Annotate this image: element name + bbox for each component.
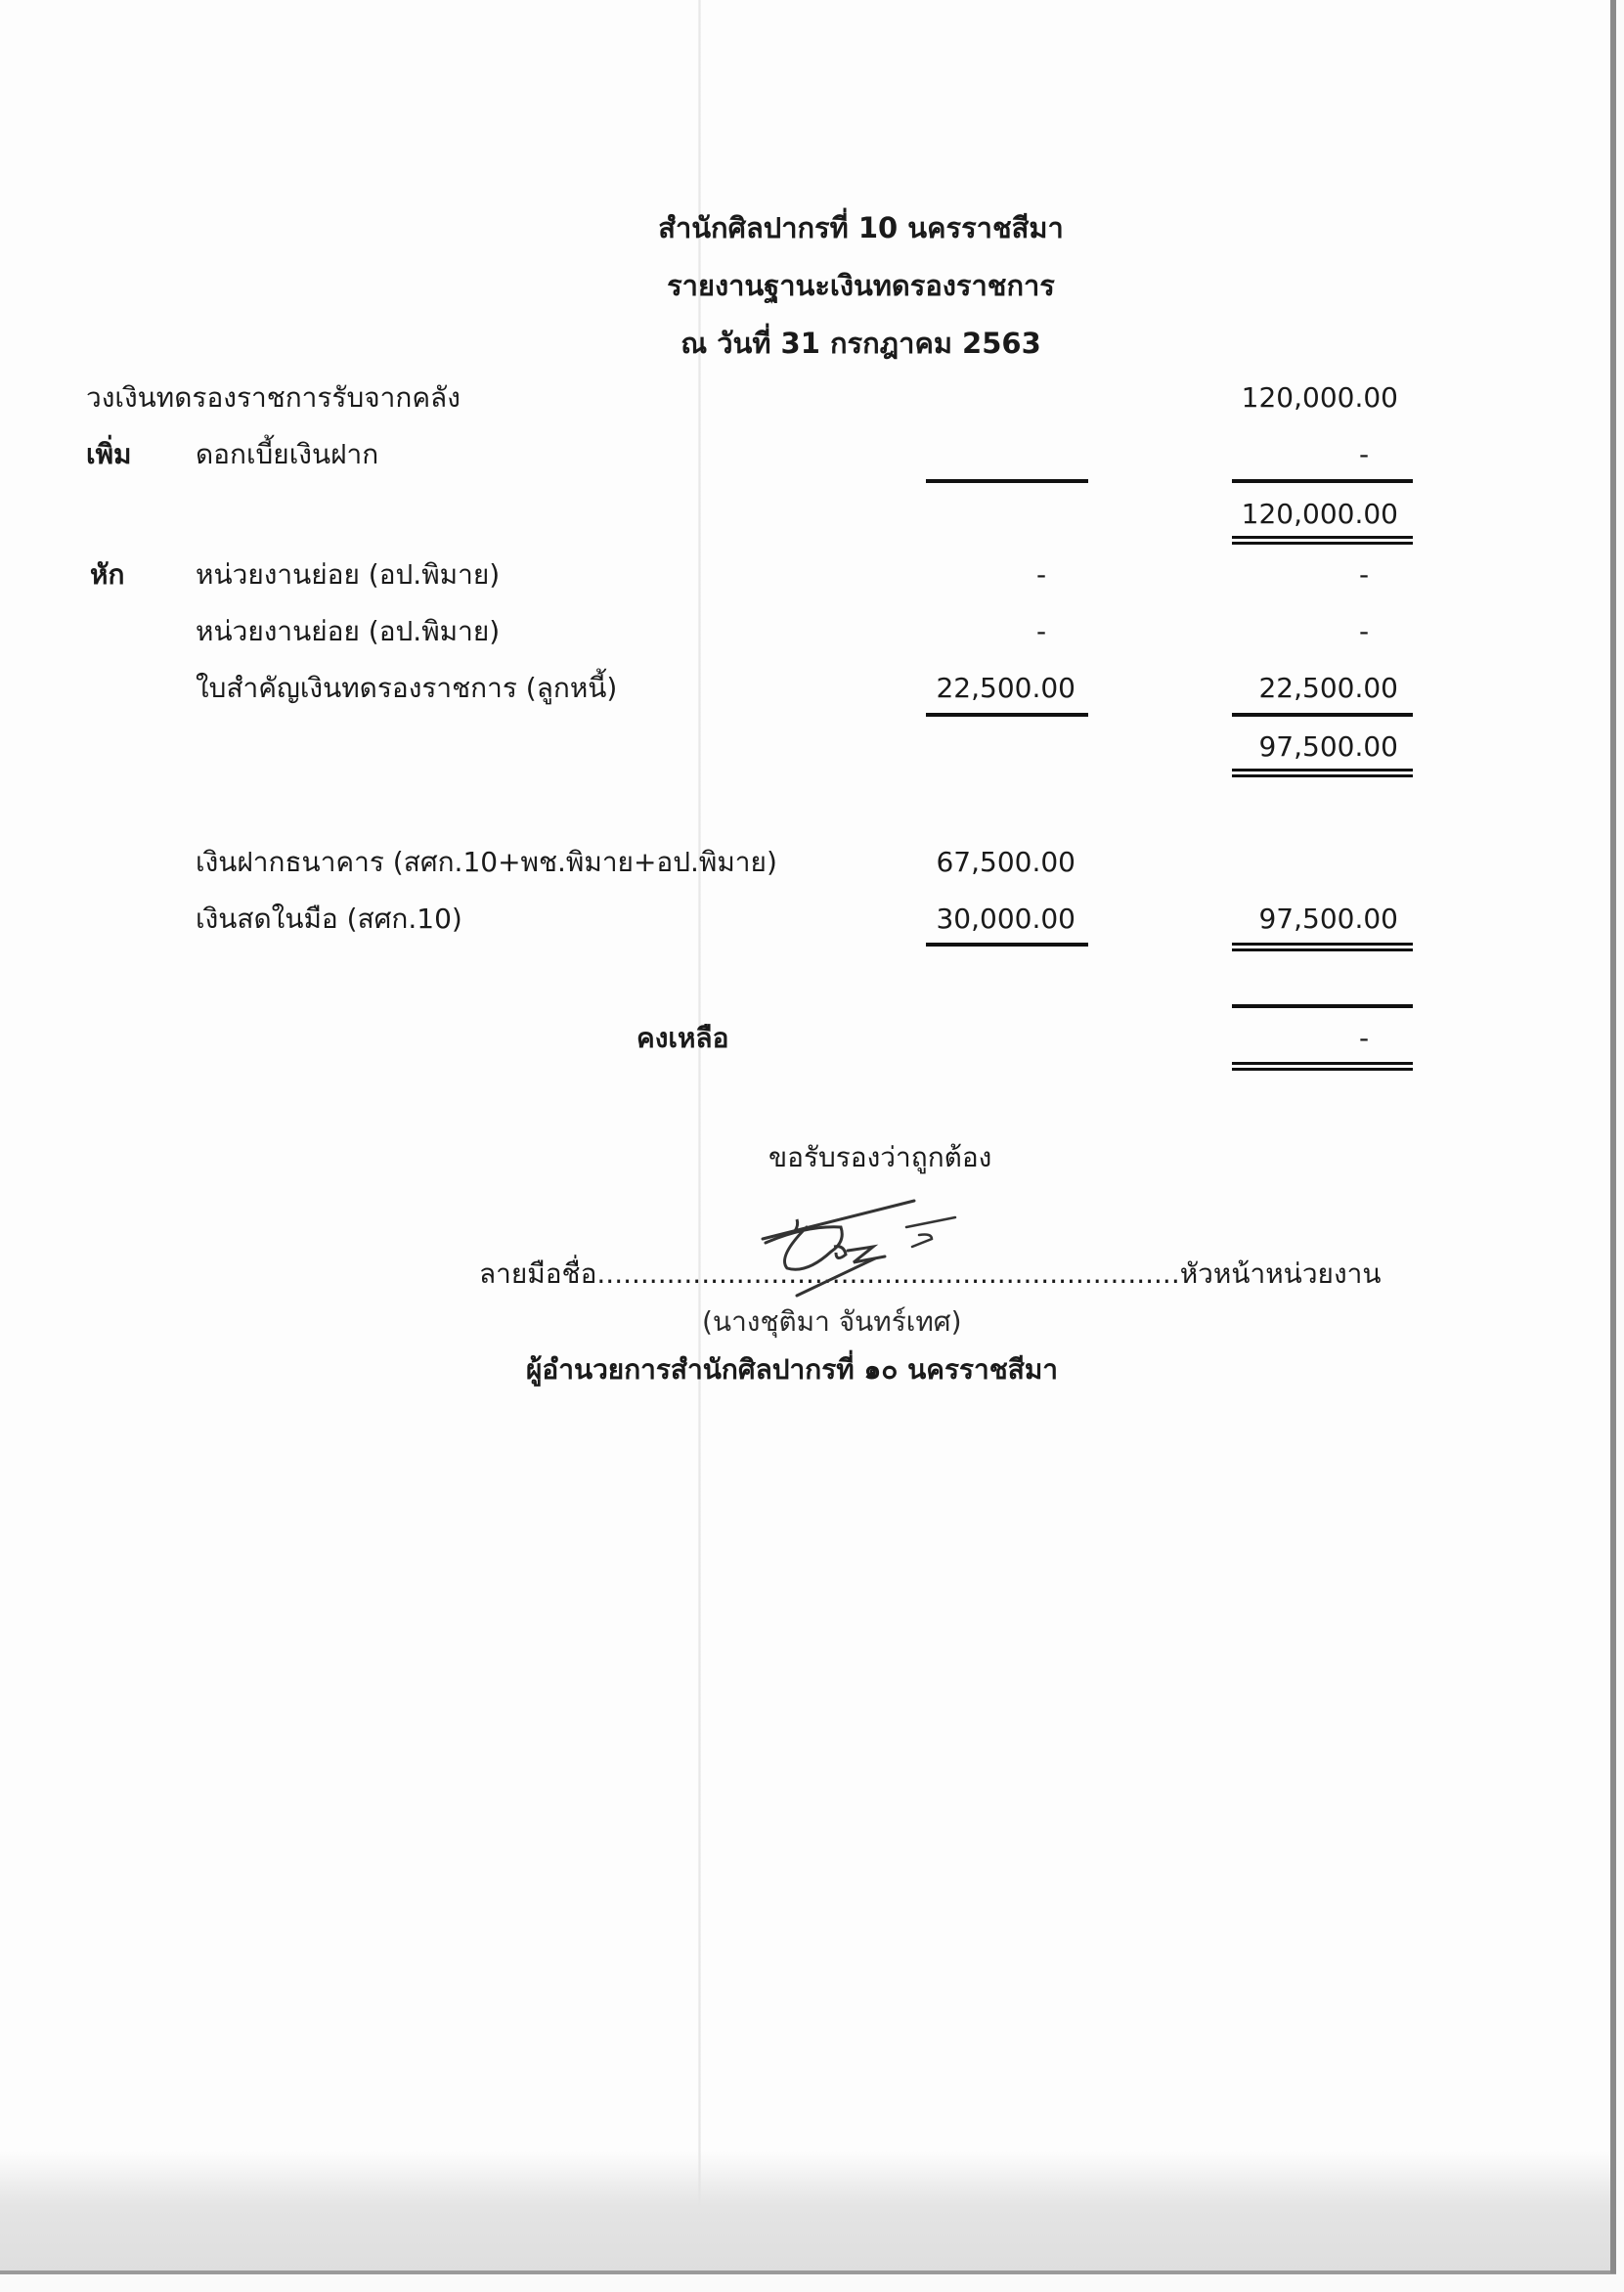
- advance-limit-total: 120,000.00: [1203, 378, 1398, 418]
- underline-single: [926, 479, 1088, 483]
- certification-heading: ขอรับรองว่าถูกต้อง: [768, 1138, 991, 1177]
- deduct-item-amount: -: [1027, 555, 1056, 595]
- deduct-item-total: -: [1349, 555, 1379, 595]
- subtotal-after-deduct: 97,500.00: [1203, 727, 1398, 767]
- signer-name: (นางชุติมา จันทร์เทศ): [702, 1302, 962, 1342]
- underline-double: [1232, 1062, 1413, 1071]
- report-title: รายงานฐานะเงินทดรองราชการ: [0, 266, 1624, 305]
- scan-shadow: [0, 2151, 1610, 2273]
- cash-total: 97,500.00: [1203, 900, 1398, 939]
- deduct-item-amount: -: [1027, 612, 1056, 651]
- signature-suffix: หัวหน้าหน่วยงาน: [1180, 1257, 1382, 1290]
- underline-double: [1232, 943, 1413, 951]
- signature-prefix: ลายมือชื่อ: [479, 1257, 596, 1290]
- cash-on-hand-amount: 30,000.00: [880, 900, 1075, 939]
- bank-deposit-amount: 67,500.00: [880, 843, 1075, 882]
- cash-on-hand-label: เงินสดในมือ (สศก.10): [196, 900, 462, 939]
- underline-single: [926, 713, 1088, 717]
- deduct-item-amount: 22,500.00: [880, 669, 1075, 708]
- handwritten-signature-icon: [738, 1198, 983, 1305]
- deduct-item-label: หน่วยงานย่อย (อป.พิมาย): [196, 555, 500, 595]
- signer-position: ผู้อำนวยการสำนักศิลปากรที่ ๑๐ นครราชสีมา: [526, 1350, 1058, 1389]
- add-prefix: เพิ่ม: [86, 435, 131, 474]
- add-interest-total: -: [1349, 435, 1379, 474]
- report-date: ณ วันที่ 31 กรกฎาคม 2563: [0, 324, 1624, 363]
- advance-limit-label: วงเงินทดรองราชการรับจากคลัง: [86, 378, 461, 418]
- balance-label: คงเหลือ: [636, 1019, 728, 1058]
- scan-margin-bottom: [0, 2274, 1624, 2292]
- balance-total: -: [1349, 1019, 1379, 1058]
- underline-single: [1232, 1004, 1413, 1008]
- deduct-prefix: หัก: [90, 555, 124, 595]
- subtotal-after-add: 120,000.00: [1203, 495, 1398, 534]
- underline-double: [1232, 536, 1413, 545]
- deduct-item-label: หน่วยงานย่อย (อป.พิมาย): [196, 612, 500, 651]
- add-interest-label: ดอกเบี้ยเงินฝาก: [196, 435, 378, 474]
- deduct-item-total: 22,500.00: [1203, 669, 1398, 708]
- deduct-item-label: ใบสำคัญเงินทดรองราชการ (ลูกหนี้): [196, 669, 617, 708]
- deduct-item-total: -: [1349, 612, 1379, 651]
- underline-double: [1232, 769, 1413, 777]
- underline-single: [926, 943, 1088, 947]
- underline-single: [1232, 479, 1413, 483]
- underline-single: [1232, 713, 1413, 717]
- office-name: สำนักศิลปากรที่ 10 นครราชสีมา: [0, 208, 1624, 247]
- bank-deposit-label: เงินฝากธนาคาร (สศก.10+พช.พิมาย+อป.พิมาย): [196, 843, 777, 882]
